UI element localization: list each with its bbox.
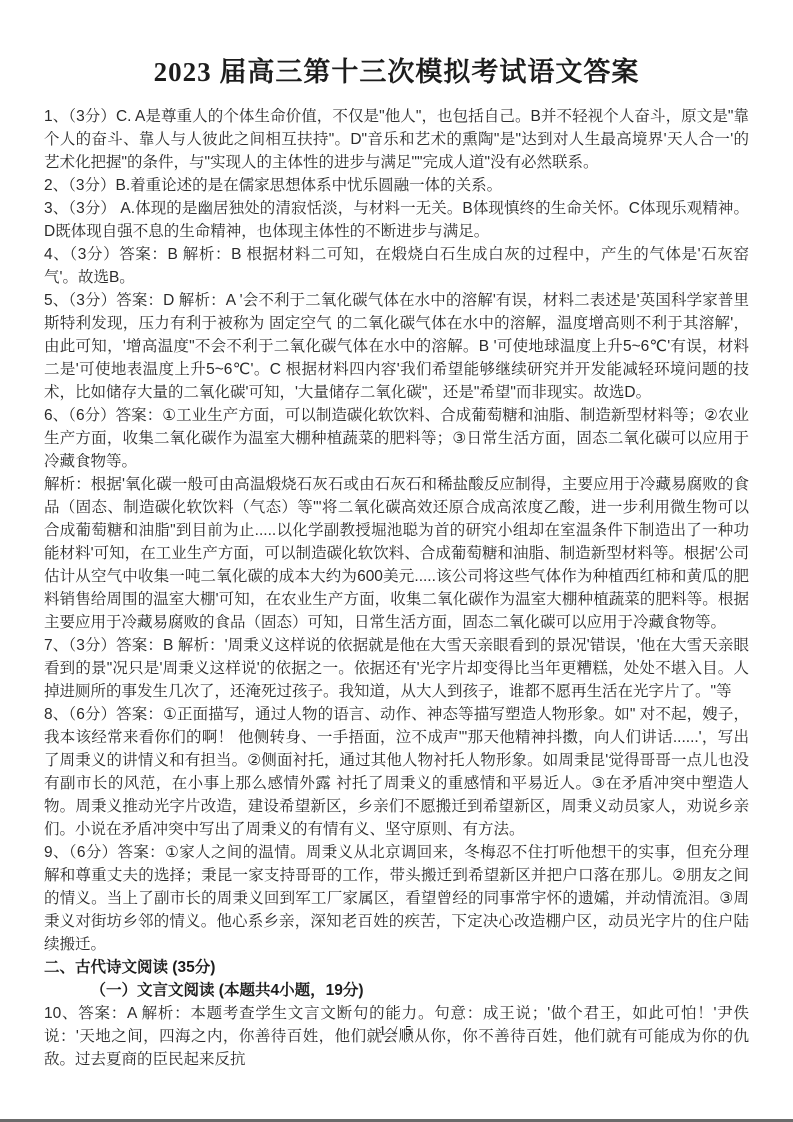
page-title: 2023 届高三第十三次模拟考试语文答案 <box>44 50 749 89</box>
section-heading-ancient-poetry-reading: 二、古代诗文阅读 (35分) <box>44 956 749 979</box>
answer-q6: 6、（6分）答案：①工业生产方面，可以制造碳化软饮料、合成葡萄糖和油脂、制造新型… <box>44 404 749 473</box>
answer-q8: 8、（6分）答案：①正面描写，通过人物的语言、动作、神态等描写塑造人物形象。如"… <box>44 703 749 841</box>
page-number: 1 / 5 <box>0 1024 793 1040</box>
answer-q3: 3、（3分） A.体现的是幽居独处的清寂恬淡，与材料一无关。B体现慎终的生命关怀… <box>44 197 749 243</box>
document-page: 2023 届高三第十三次模拟考试语文答案 1、（3分）C. A是尊重人的个体生命… <box>0 0 793 1122</box>
subsection-heading-classical-chinese-reading: （一）文言文阅读 (本题共4小题，19分) <box>44 979 749 1002</box>
answer-q2: 2、（3分）B.着重论述的是在儒家思想体系中忧乐圆融一体的关系。 <box>44 174 749 197</box>
answer-q6-analysis: 解析：根据'氧化碳一般可由高温煅烧石灰石或由石灰石和稀盐酸反应制得，主要应用于冷… <box>44 473 749 634</box>
answers-content: 1、（3分）C. A是尊重人的个体生命价值，不仅是"他人"，也包括自己。B并不轻… <box>44 105 749 1071</box>
answer-q5: 5、（3分）答案：D 解析：A '会不利于二氧化碳气体在水中的溶解'有误，材料二… <box>44 289 749 404</box>
answer-q1: 1、（3分）C. A是尊重人的个体生命价值，不仅是"他人"，也包括自己。B并不轻… <box>44 105 749 174</box>
answer-q9: 9、（6分）答案：①家人之间的温情。周秉义从北京调回来，冬梅忍不住打听他想干的实… <box>44 841 749 956</box>
answer-q4: 4、（3分）答案：B 解析：B 根据材料二可知，在煅烧白石生成白灰的过程中，产生… <box>44 243 749 289</box>
answer-q7: 7、（3分）答案：B 解析：'周秉义这样说的依据就是他在大雪天亲眼看到的景况'错… <box>44 634 749 703</box>
